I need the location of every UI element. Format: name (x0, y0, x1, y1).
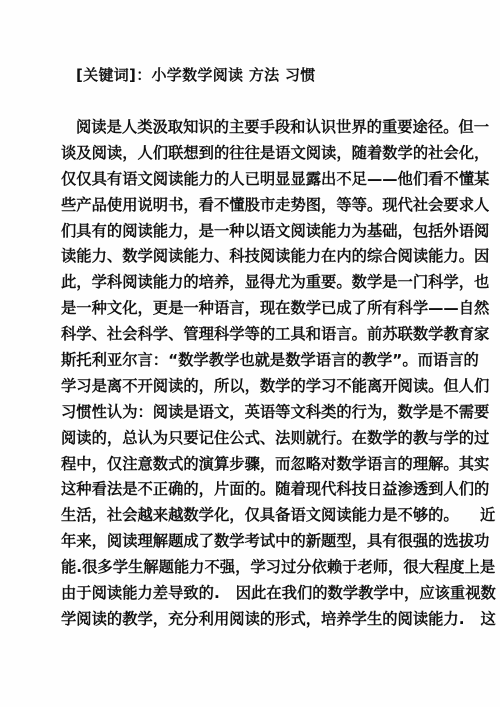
text-line: 科学、社会科学、管理科学等的工具和语言。前苏联数学教育家 (61, 322, 441, 348)
text-line: 这种看法是不正确的，片面的。随着现代科技日益渗透到人们的 (61, 477, 441, 503)
body-paragraph: 阅读是人类汲取知识的主要手段和认识世界的重要途径。但一 谈及阅读，人们联想到的往… (61, 115, 441, 633)
text-line: 读能力、数学阅读能力、科技阅读能力在内的综合阅读能力。因 (61, 244, 441, 270)
text-line: 习惯性认为：阅读是语文，英语等文科类的行为，数学是不需要 (61, 400, 441, 426)
text-line: 是一种文化，更是一种语言，现在数学已成了所有科学——自然 (61, 296, 441, 322)
text-line: 斯托利亚尔言：“数学教学也就是数学语言的教学”。而语言的 (61, 348, 441, 374)
text-line: 们具有的阅读能力，是一种以语文阅读能力为基础，包括外语阅 (61, 219, 441, 245)
document-page: [关键词]：小学数学阅读 方法 习惯 阅读是人类汲取知识的主要手段和认识世界的重… (0, 0, 500, 707)
text-line: 生活，社会越来越数学化，仅具备语文阅读能力是不够的。 近 (61, 503, 441, 529)
text-line: 由于阅读能力差导致的. 因此在我们的数学教学中，应该重视数 (61, 581, 441, 607)
text-line: 能.很多学生解题能力不强，学习过分依赖于老师，很大程度上是 (61, 555, 441, 581)
text-line: 年来，阅读理解题成了数学考试中的新题型，具有很强的选拔功 (61, 529, 441, 555)
text-line: 些产品使用说明书，看不懂股市走势图，等等。现代社会要求人 (61, 193, 441, 219)
text-line: 阅读的，总认为只要记住公式、法则就行。在数学的教与学的过 (61, 426, 441, 452)
text-line: 学习是离不开阅读的，所以，数学的学习不能离开阅读。但人们 (61, 374, 441, 400)
text-line: 此，学科阅读能力的培养，显得尤为重要。数学是一门科学，也 (61, 270, 441, 296)
text-line: 程中，仅注意数式的演算步骤，而忽略对数学语言的理解。其实 (61, 452, 441, 478)
text-line: 谈及阅读，人们联想到的往往是语文阅读，随着数学的社会化， (61, 141, 441, 167)
text-line: 阅读是人类汲取知识的主要手段和认识世界的重要途径。但一 (61, 115, 441, 141)
text-line: 学阅读的教学，充分利用阅读的形式，培养学生的阅读能力. 这 (61, 607, 441, 633)
text-line: 仅仅具有语文阅读能力的人已明显显露出不足——他们看不懂某 (61, 167, 441, 193)
keywords-line: [关键词]：小学数学阅读 方法 习惯 (76, 64, 316, 85)
